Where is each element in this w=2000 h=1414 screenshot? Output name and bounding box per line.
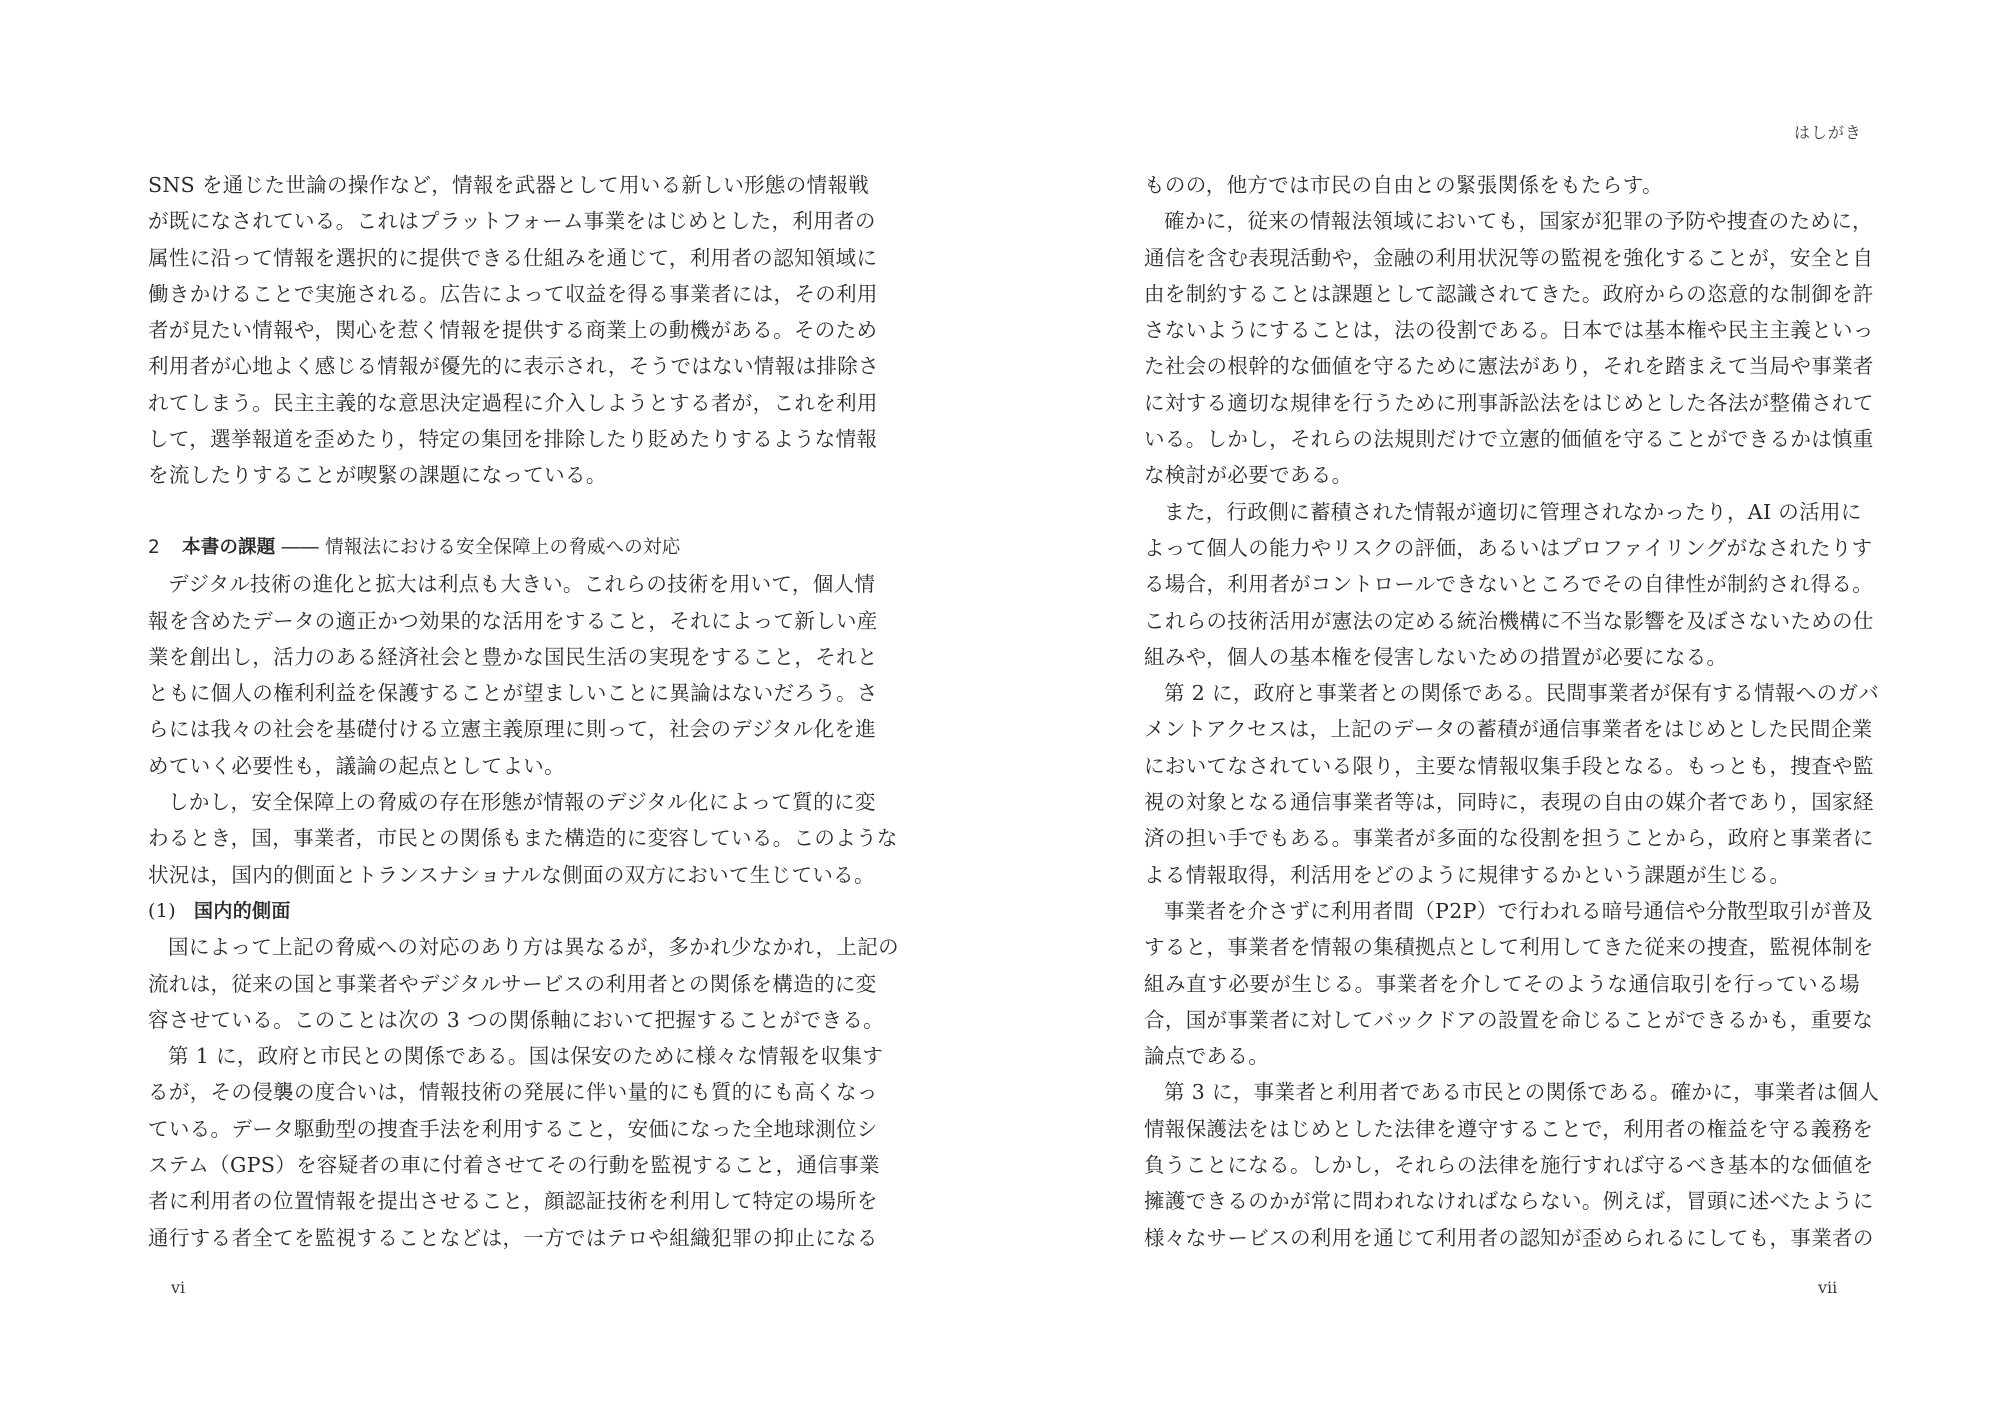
- text-line: 視の対象となる通信事業者等は，同時に，表現の自由の媒介者であり，国家経: [1144, 784, 1860, 820]
- text-line: 報を含めたデータの適正かつ効果的な活用をすること，それによって新しい産: [148, 603, 864, 639]
- text-line: るが，その侵襲の度合いは，情報技術の発展に伴い量的にも質的にも高くなっ: [148, 1074, 864, 1110]
- text-line: ともに個人の権利利益を保護することが望ましいことに異論はないだろう。さ: [148, 675, 864, 711]
- right-page-body: ものの，他方では市民の自由との緊張関係をもたらす。 確かに，従来の情報法領域にお…: [1144, 167, 1860, 1256]
- page-number: vii: [1818, 1278, 1837, 1297]
- text-line: 利用者が心地よく感じる情報が優先的に表示され，そうではない情報は排除さ: [148, 348, 864, 384]
- paragraph: 第 2 に，政府と事業者との関係である。民間事業者が保有する情報へのガバ メント…: [1144, 675, 1860, 893]
- text-line: 合，国が事業者に対してバックドアの設置を命じることができるかも，重要な: [1144, 1002, 1860, 1038]
- text-line: いる。しかし，それらの法規則だけで立憲的価値を守ることができるかは慎重: [1144, 421, 1860, 457]
- text-line: 国によって上記の脅威への対応のあり方は異なるが，多かれ少なかれ，上記の: [148, 929, 864, 965]
- text-line: 擁護できるのかが常に問われなければならない。例えば，冒頭に述べたように: [1144, 1183, 1860, 1219]
- text-line: さないようにすることは，法の役割である。日本では基本権や民主主義といっ: [1144, 312, 1860, 348]
- text-line: 情報保護法をはじめとした法律を遵守することで，利用者の権益を守る義務を: [1144, 1111, 1860, 1147]
- text-line: メントアクセスは，上記のデータの蓄積が通信事業者をはじめとした民間企業: [1144, 711, 1860, 747]
- paragraph: SNS を通じた世論の操作など，情報を武器として用いる新しい形態の情報戦 が既に…: [148, 167, 864, 494]
- text-line: 属性に沿って情報を選択的に提供できる仕組みを通じて，利用者の認知領域に: [148, 240, 864, 276]
- left-page: SNS を通じた世論の操作など，情報を武器として用いる新しい形態の情報戦 が既に…: [0, 0, 1000, 1414]
- text-line: においてなされている限り，主要な情報収集手段となる。もっとも，捜査や監: [1144, 748, 1860, 784]
- text-line: を流したりすることが喫緊の課題になっている。: [148, 457, 864, 493]
- text-line: ステム（GPS）を容疑者の車に付着させてその行動を監視すること，通信事業: [148, 1147, 864, 1183]
- text-line: 組み直す必要が生じる。事業者を介してそのような通信取引を行っている場: [1144, 966, 1860, 1002]
- text-line: これらの技術活用が憲法の定める統治機構に不当な影響を及ぼさないための仕: [1144, 603, 1860, 639]
- text-line: 確かに，従来の情報法領域においても，国家が犯罪の予防や捜査のために，: [1144, 203, 1860, 239]
- subsection-heading: (1)国内的側面: [148, 893, 864, 929]
- text-line: して，選挙報道を歪めたり，特定の集団を排除したり貶めたりするような情報: [148, 421, 864, 457]
- section-dash: ――: [282, 537, 319, 558]
- text-line: 様々なサービスの利用を通じて利用者の認知が歪められるにしても，事業者の: [1144, 1220, 1860, 1256]
- text-line: 業を創出し，活力のある経済社会と豊かな国民生活の実現をすること，それと: [148, 639, 864, 675]
- text-line: な検討が必要である。: [1144, 457, 1860, 493]
- text-line: 働きかけることで実施される。広告によって収益を得る事業者には，その利用: [148, 276, 864, 312]
- text-line: 者に利用者の位置情報を提出させること，顔認証技術を利用して特定の場所を: [148, 1183, 864, 1219]
- page-number: vi: [171, 1278, 185, 1297]
- section-subtitle: 情報法における安全保障上の脅威への対応: [325, 537, 680, 558]
- text-line: 論点である。: [1144, 1038, 1860, 1074]
- section-title: 本書の課題: [182, 537, 276, 558]
- paragraph: ものの，他方では市民の自由との緊張関係をもたらす。: [1144, 167, 1860, 203]
- text-line: 由を制約することは課題として認識されてきた。政府からの恣意的な制御を許: [1144, 276, 1860, 312]
- text-line: 第 3 に，事業者と利用者である市民との関係である。確かに，事業者は個人: [1144, 1074, 1860, 1110]
- text-line: 事業者を介さずに利用者間（P2P）で行われる暗号通信や分散型取引が普及: [1144, 893, 1860, 929]
- left-page-body: SNS を通じた世論の操作など，情報を武器として用いる新しい形態の情報戦 が既に…: [148, 167, 864, 1256]
- text-line: る場合，利用者がコントロールできないところでその自律性が制約され得る。: [1144, 566, 1860, 602]
- text-line: デジタル技術の進化と拡大は利点も大きい。これらの技術を用いて，個人情: [148, 566, 864, 602]
- paragraph: また，行政側に蓄積された情報が適切に管理されなかったり，AI の活用に よって個…: [1144, 494, 1860, 675]
- text-line: が既になされている。これはプラットフォーム事業をはじめとした，利用者の: [148, 203, 864, 239]
- text-line: すると，事業者を情報の集積拠点として利用してきた従来の捜査，監視体制を: [1144, 929, 1860, 965]
- text-line: 通信を含む表現活動や，金融の利用状況等の監視を強化することが，安全と自: [1144, 240, 1860, 276]
- text-line: らには我々の社会を基礎付ける立憲主義原理に則って，社会のデジタル化を進: [148, 711, 864, 747]
- text-line: めていく必要性も，議論の起点としてよい。: [148, 748, 864, 784]
- running-header: はしがき: [1794, 120, 1862, 143]
- text-line: よる情報取得，利活用をどのように規律するかという課題が生じる。: [1144, 857, 1860, 893]
- text-line: 済の担い手でもある。事業者が多面的な役割を担うことから，政府と事業者に: [1144, 820, 1860, 856]
- paragraph: 国によって上記の脅威への対応のあり方は異なるが，多かれ少なかれ，上記の 流れは，…: [148, 929, 864, 1038]
- text-line: 第 1 に，政府と市民との関係である。国は保安のために様々な情報を収集す: [148, 1038, 864, 1074]
- right-page: はしがき ものの，他方では市民の自由との緊張関係をもたらす。 確かに，従来の情報…: [1000, 0, 2000, 1414]
- text-line: わるとき，国，事業者，市民との関係もまた構造的に変容している。このような: [148, 820, 864, 856]
- paragraph: 事業者を介さずに利用者間（P2P）で行われる暗号通信や分散型取引が普及 すると，…: [1144, 893, 1860, 1074]
- spacer: [148, 494, 864, 530]
- subsection-number: (1): [148, 893, 194, 929]
- paragraph: 確かに，従来の情報法領域においても，国家が犯罪の予防や捜査のために， 通信を含む…: [1144, 203, 1860, 493]
- text-line: 流れは，従来の国と事業者やデジタルサービスの利用者との関係を構造的に変: [148, 966, 864, 1002]
- text-line: ている。データ駆動型の捜査手法を利用すること，安価になった全地球測位シ: [148, 1111, 864, 1147]
- paragraph: しかし，安全保障上の脅威の存在形態が情報のデジタル化によって質的に変 わるとき，…: [148, 784, 864, 893]
- text-line: 者が見たい情報や，関心を惹く情報を提供する商業上の動機がある。そのため: [148, 312, 864, 348]
- paragraph: デジタル技術の進化と拡大は利点も大きい。これらの技術を用いて，個人情 報を含めた…: [148, 566, 864, 784]
- text-line: しかし，安全保障上の脅威の存在形態が情報のデジタル化によって質的に変: [148, 784, 864, 820]
- section-heading: 2本書の課題 ―― 情報法における安全保障上の脅威への対応: [148, 530, 864, 566]
- text-line: れてしまう。民主主義的な意思決定過程に介入しようとする者が，これを利用: [148, 385, 864, 421]
- section-number: 2: [148, 530, 182, 566]
- text-line: SNS を通じた世論の操作など，情報を武器として用いる新しい形態の情報戦: [148, 167, 864, 203]
- text-line: た社会の根幹的な価値を守るために憲法があり，それを踏まえて当局や事業者: [1144, 348, 1860, 384]
- text-line: 状況は，国内的側面とトランスナショナルな側面の双方において生じている。: [148, 857, 864, 893]
- subsection-title: 国内的側面: [194, 900, 291, 922]
- text-line: 組みや，個人の基本権を侵害しないための措置が必要になる。: [1144, 639, 1860, 675]
- text-line: 第 2 に，政府と事業者との関係である。民間事業者が保有する情報へのガバ: [1144, 675, 1860, 711]
- text-line: ものの，他方では市民の自由との緊張関係をもたらす。: [1144, 167, 1860, 203]
- text-line: また，行政側に蓄積された情報が適切に管理されなかったり，AI の活用に: [1144, 494, 1860, 530]
- text-line: 容させている。このことは次の 3 つの関係軸において把握することができる。: [148, 1002, 864, 1038]
- paragraph: 第 1 に，政府と市民との関係である。国は保安のために様々な情報を収集す るが，…: [148, 1038, 864, 1256]
- paragraph: 第 3 に，事業者と利用者である市民との関係である。確かに，事業者は個人 情報保…: [1144, 1074, 1860, 1255]
- text-line: 通行する者全てを監視することなどは，一方ではテロや組織犯罪の抑止になる: [148, 1220, 864, 1256]
- text-line: に対する適切な規律を行うために刑事訴訟法をはじめとした各法が整備されて: [1144, 385, 1860, 421]
- text-line: 負うことになる。しかし，それらの法律を施行すれば守るべき基本的な価値を: [1144, 1147, 1860, 1183]
- text-line: よって個人の能力やリスクの評価，あるいはプロファイリングがなされたりす: [1144, 530, 1860, 566]
